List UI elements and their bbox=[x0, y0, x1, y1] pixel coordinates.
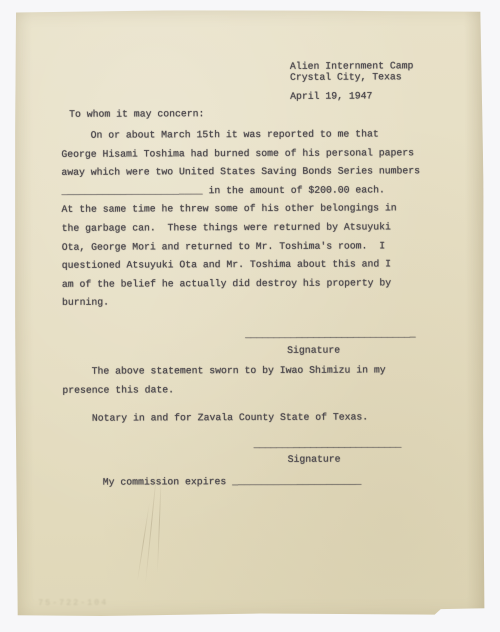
signature-rule: ______________________________ bbox=[245, 328, 415, 341]
document-page: Alien Internment Camp Crystal City, Texa… bbox=[14, 9, 486, 617]
sworn-statement: The above statement sworn to by Iwao Shi… bbox=[62, 361, 386, 400]
signature-label: Signature bbox=[287, 345, 340, 357]
letterhead-org-line2: Crystal City, Texas bbox=[290, 72, 414, 84]
body-line: away which were two United States Saving… bbox=[61, 162, 420, 182]
body-line: am of the belief he actually did destroy… bbox=[62, 274, 421, 294]
scan-background: { "theme": { "background_color": "#f7f7f… bbox=[0, 0, 500, 632]
letterhead-org-line1: Alien Internment Camp bbox=[290, 60, 414, 72]
body-line-blank-rule: ________________________ in the amount o… bbox=[61, 181, 420, 201]
document-date: April 19, 1947 bbox=[290, 90, 372, 102]
paper-crease bbox=[137, 503, 150, 580]
body-line: On or about March 15th it was reported t… bbox=[61, 125, 420, 145]
signature-rule: __________________________ bbox=[254, 438, 402, 451]
signature-label: Signature bbox=[288, 454, 341, 466]
body-line: Ota, George Mori and returned to Mr. Tos… bbox=[62, 237, 421, 257]
body-line: questioned Atsuyuki Ota and Mr. Toshima … bbox=[62, 255, 421, 275]
body-line: the garbage can. These things were retur… bbox=[62, 218, 421, 238]
body-line: George Hisami Toshima had burned some of… bbox=[61, 144, 420, 164]
notary-line: Notary in and for Zavala County State of… bbox=[62, 408, 368, 428]
salutation: To whom it may concern: bbox=[69, 105, 204, 124]
letterhead: Alien Internment Camp Crystal City, Texa… bbox=[290, 60, 414, 83]
commission-line: My commission expires __________________… bbox=[103, 473, 362, 493]
body-line: At the same time he threw some of his ot… bbox=[62, 200, 421, 220]
sworn-line: presence this date. bbox=[62, 380, 385, 400]
body-line: burning. bbox=[62, 293, 421, 313]
archive-pencil-marking: 75-722-104 bbox=[38, 599, 108, 608]
sworn-line: The above statement sworn to by Iwao Shi… bbox=[62, 361, 385, 381]
body-paragraph: On or about March 15th it was reported t… bbox=[61, 125, 420, 313]
